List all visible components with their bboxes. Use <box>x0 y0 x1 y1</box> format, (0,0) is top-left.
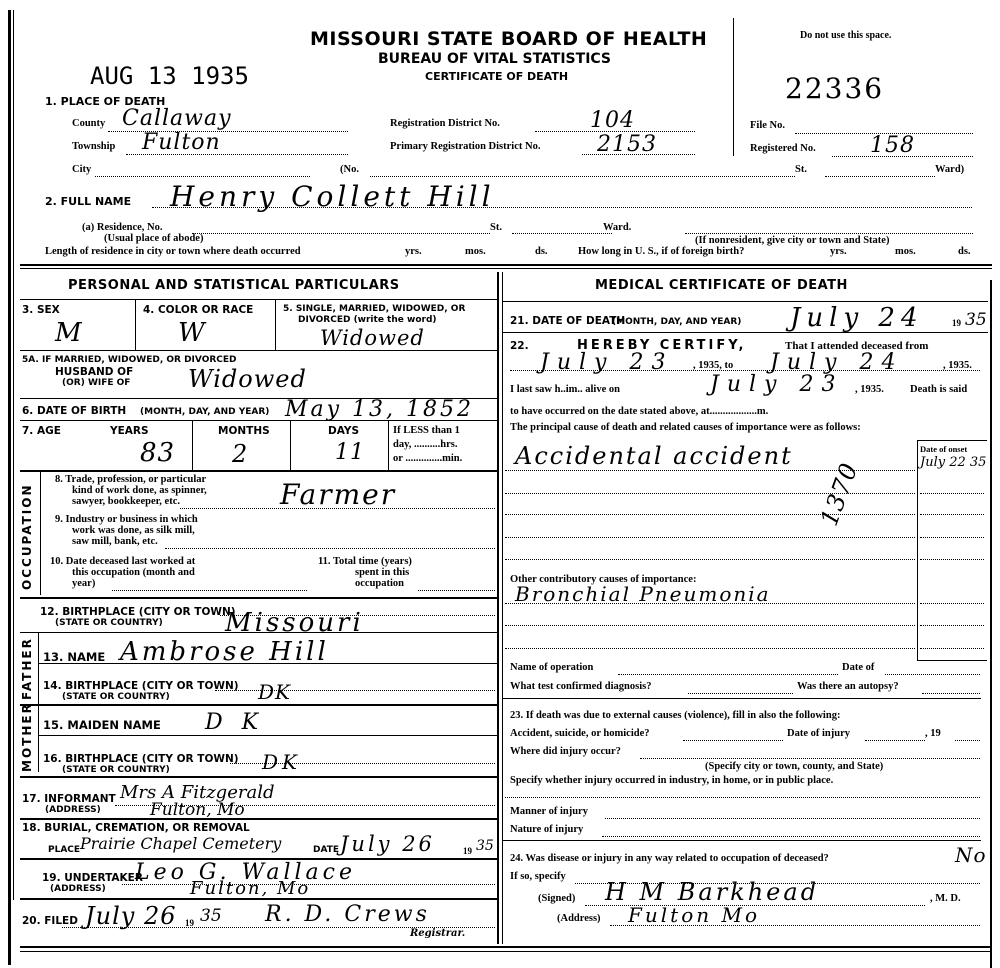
industry-line <box>165 548 495 549</box>
mother-side-label: MOTHER <box>20 702 34 772</box>
row-rule-3 <box>20 420 498 421</box>
occupation-side-divider <box>40 470 41 595</box>
residence-st-label: St. <box>490 222 502 233</box>
reg-district-label: Registration District No. <box>390 118 500 129</box>
onset-column-top <box>917 440 987 441</box>
primary-reg-label: Primary Registration District No. <box>390 141 540 152</box>
injury-date-label: Date of injury <box>787 728 850 739</box>
mother-birthplace-label: 16. BIRTHPLACE (CITY OR TOWN) <box>43 753 239 765</box>
registrar-label: Registrar. <box>410 928 465 939</box>
filed-date-value: July 26 <box>85 902 176 930</box>
age-label: 7. AGE <box>22 425 61 437</box>
dod-sub-label: (MONTH, DAY, AND YEAR) <box>612 317 741 327</box>
form-title: MISSOURI STATE BOARD OF HEALTH <box>310 28 707 50</box>
form-name: CERTIFICATE OF DEATH <box>425 70 568 83</box>
physician-address-value: Fulton Mo <box>628 903 760 927</box>
footer-rule <box>20 946 990 948</box>
birthplace-sub-label: (STATE OR COUNTRY) <box>55 618 163 628</box>
full-name-value: Henry Collett Hill <box>170 180 495 213</box>
years-label: YEARS <box>110 425 149 437</box>
external-causes-label: 23. If death was due to external causes … <box>510 710 840 721</box>
onset-line-4 <box>920 559 984 560</box>
total-time-label-3: occupation <box>355 578 404 589</box>
row-rule-8 <box>20 704 498 706</box>
onset-column-bottom <box>917 660 987 661</box>
undertaker-address-value: Fulton, Mo <box>190 878 310 899</box>
operation-date-line <box>885 674 980 675</box>
reg-district-value: 104 <box>590 108 635 133</box>
principal-cause-value: Accidental accident <box>515 442 793 470</box>
where-injury-line <box>640 758 980 759</box>
cause-line-5 <box>505 559 915 560</box>
marital-value: Widowed <box>320 326 425 350</box>
foreign-ds-label: ds. <box>958 246 971 257</box>
sex-divider <box>135 300 136 350</box>
street-st-label: St. <box>795 164 807 175</box>
burial-place-label: PLACE <box>48 845 80 855</box>
residence-label: (a) Residence, No. <box>82 222 162 233</box>
industry-label-1: 9. Industry or business in which <box>55 514 198 525</box>
residence-ward-label: Ward. <box>603 222 631 233</box>
sex-label: 3. SEX <box>22 304 60 316</box>
days-divider <box>388 420 389 470</box>
row-rule-5 <box>20 597 498 599</box>
burial-year-value: 35 <box>476 838 494 854</box>
left-border <box>8 10 11 965</box>
foreign-yrs-label: yrs. <box>830 246 847 257</box>
length-mos-label: mos. <box>465 246 486 257</box>
occupational-label: 24. Was disease or injury in any way rel… <box>510 853 829 864</box>
header-divider <box>733 18 734 156</box>
years-divider <box>192 420 193 470</box>
mother-birthplace-sub: (STATE OR COUNTRY) <box>62 765 170 775</box>
specify-where-label: Specify whether injury occurred in indus… <box>510 775 833 786</box>
spouse-label-3: (OR) WIFE OF <box>62 378 130 388</box>
cause-line-7 <box>505 625 915 626</box>
length-ds-label: ds. <box>535 246 548 257</box>
months-label: MONTHS <box>218 425 270 437</box>
center-divider <box>497 272 499 944</box>
occurred-label: to have occurred on the date stated abov… <box>510 406 768 417</box>
marital-label-2: DIVORCED (write the word) <box>298 315 437 325</box>
burial-date-label: DATE <box>313 845 339 855</box>
months-value: 2 <box>232 440 248 468</box>
row-rule-9 <box>38 735 498 736</box>
dod-label: 21. DATE OF DEATH <box>510 315 625 327</box>
county-value: Callaway <box>122 106 232 131</box>
certify-number: 22. <box>510 340 529 352</box>
where-injury-label: Where did injury occur? <box>510 746 621 757</box>
accident-line <box>683 740 783 741</box>
injury-year-prefix: , 19 <box>925 728 941 739</box>
city-line <box>95 176 310 177</box>
personal-heading-rule <box>20 299 498 300</box>
last-saw-year: , 1935. <box>855 384 884 395</box>
principal-cause-label: The principal cause of death and related… <box>510 422 861 433</box>
length-residence-label: Length of residence in city or town wher… <box>45 246 301 257</box>
manner-injury-label: Manner of injury <box>510 806 588 817</box>
death-said-label: Death is said <box>910 384 967 395</box>
medical-rule-3 <box>503 840 981 841</box>
manner-injury-line <box>605 818 980 819</box>
mother-maiden-value: D K <box>205 710 264 735</box>
cause-line-8 <box>505 648 915 649</box>
mother-birthplace-value: DK <box>262 750 301 774</box>
burial-date-value: July 26 <box>340 832 435 856</box>
injury-year-line <box>955 740 980 741</box>
do-not-use-note: Do not use this space. <box>800 30 891 41</box>
last-saw-value: July 23 <box>710 372 843 397</box>
informant-label: 17. INFORMANT <box>22 793 116 805</box>
physician-address-label: (Address) <box>557 913 601 924</box>
industry-label-3: saw mill, bank, etc. <box>72 536 158 547</box>
father-birthplace-line <box>215 690 495 691</box>
township-label: Township <box>72 141 115 152</box>
total-time-label-2: spent in this <box>355 567 409 578</box>
row-rule-10 <box>20 776 498 778</box>
footer-rule-2 <box>20 951 990 952</box>
birthplace-value: Missouri <box>225 608 364 638</box>
spouse-label-2: HUSBAND OF <box>55 366 133 378</box>
dod-year-value: 35 <box>965 310 987 330</box>
father-birthplace-sub: (STATE OR COUNTRY) <box>62 692 170 702</box>
onset-value: July 22 35 <box>920 455 986 470</box>
row-rule-4 <box>20 470 498 472</box>
file-no-label: File No. <box>750 120 785 131</box>
burial-place-value: Prairie Chapel Cemetery <box>80 834 281 853</box>
center-divider-2 <box>502 272 503 944</box>
test-line <box>688 693 793 694</box>
street-line <box>370 176 795 177</box>
autopsy-line <box>922 693 980 694</box>
total-time-label-1: 11. Total time (years) <box>318 556 412 567</box>
contributory-value: Bronchial Pneumonia <box>515 582 771 606</box>
occupational-value: No <box>955 843 987 867</box>
onset-line-2 <box>920 514 984 515</box>
days-label: DAYS <box>328 425 359 437</box>
total-time-line <box>418 590 495 591</box>
trade-value: Farmer <box>280 478 396 511</box>
dob-label: 6. DATE OF BIRTH <box>22 405 126 417</box>
occupation-side-label: OCCUPATION <box>20 483 34 590</box>
personal-heading: PERSONAL AND STATISTICAL PARTICULARS <box>68 278 400 293</box>
months-divider <box>290 420 291 470</box>
onset-line-1 <box>920 493 984 494</box>
row-rule-11 <box>20 818 498 820</box>
county-label: County <box>72 118 105 129</box>
last-worked-label-3: year) <box>72 578 95 589</box>
registered-no-value: 158 <box>870 133 915 158</box>
row-rule-1 <box>20 350 498 351</box>
onset-line-3 <box>920 537 984 538</box>
informant-address-value: Fulton, Mo <box>150 800 245 820</box>
years-value: 83 <box>140 438 175 468</box>
spouse-label: 5A. IF MARRIED, WIDOWED, OR DIVORCED <box>22 355 237 365</box>
father-birthplace-label: 14. BIRTHPLACE (CITY OR TOWN) <box>43 680 239 692</box>
burial-label: 18. BURIAL, CREMATION, OR REMOVAL <box>22 822 250 834</box>
attended-year-1: , 1935, to <box>693 360 733 371</box>
last-worked-label-1: 10. Date deceased last worked at <box>50 556 195 567</box>
city-label: City <box>72 164 91 175</box>
spouse-value: Widowed <box>188 365 307 393</box>
registrar-signature: R. D. Crews <box>265 902 430 927</box>
less-than-label: If LESS than 1 <box>393 425 460 436</box>
length-yrs-label: yrs. <box>405 246 422 257</box>
nature-injury-label: Nature of injury <box>510 824 583 835</box>
injury-date-line <box>865 740 925 741</box>
last-worked-label-2: this occupation (month and <box>72 567 195 578</box>
birthplace-label: 12. BIRTHPLACE (CITY OR TOWN) <box>40 606 236 618</box>
specify-location-note: (Specify city or town, county, and State… <box>705 761 883 772</box>
left-border-inner <box>13 10 14 900</box>
undertaker-label: 19. UNDERTAKER <box>42 872 143 884</box>
days-value: 11 <box>335 440 365 465</box>
dob-sub-label: (MONTH, DAY, AND YEAR) <box>140 407 269 417</box>
last-saw-label: I last saw h..im.. alive on <box>510 384 620 395</box>
industry-label-2: work was done, as silk mill, <box>72 525 195 536</box>
dod-value: July 24 <box>790 303 924 333</box>
father-birthplace-value: DK <box>258 680 291 704</box>
trade-label-3: sawyer, bookkeeper, etc. <box>72 496 180 507</box>
nature-injury-line <box>602 836 980 837</box>
onset-column-left <box>917 440 918 660</box>
informant-address-label: (ADDRESS) <box>45 805 101 815</box>
last-worked-line <box>112 590 307 591</box>
row-rule-6 <box>20 632 498 633</box>
dod-year-prefix: 19 <box>952 318 961 328</box>
ward-line <box>825 176 935 177</box>
mother-maiden-label: 15. MAIDEN NAME <box>43 718 161 732</box>
accident-label: Accident, suicide, or homicide? <box>510 728 650 739</box>
burial-year-prefix: 19 <box>463 846 472 856</box>
undertaker-address-label: (ADDRESS) <box>50 884 106 894</box>
residence-sub-label: (Usual place of abode) <box>104 233 203 244</box>
medical-rule-2 <box>503 698 981 699</box>
attended-year-2: , 1935. <box>943 360 972 371</box>
physician-signature: H M Barkhead <box>605 878 819 906</box>
min-label: or ..............min. <box>393 453 462 464</box>
test-label: What test confirmed diagnosis? <box>510 681 651 692</box>
father-side-label: FATHER <box>20 637 34 700</box>
nonresident-note: (If nonresident, give city or town and S… <box>695 235 889 246</box>
registered-no-label: Registered No. <box>750 143 816 154</box>
filed-label: 20. FILED <box>22 915 78 927</box>
attended-from-value: July 23 <box>540 350 673 375</box>
cause-line-3 <box>505 514 915 515</box>
row-rule-13 <box>20 898 498 900</box>
onset-label: Date of onset <box>920 444 967 454</box>
operation-line <box>618 674 838 675</box>
medical-heading-rule <box>503 301 988 302</box>
onset-line-5 <box>920 603 984 604</box>
residence-line <box>192 233 490 234</box>
onset-line-6 <box>920 625 984 626</box>
street-no-label: (No. <box>340 164 359 175</box>
medical-heading: MEDICAL CERTIFICATE OF DEATH <box>595 278 848 293</box>
primary-reg-value: 2153 <box>597 132 657 157</box>
trade-label-1: 8. Trade, profession, or particular <box>55 474 206 485</box>
marital-label: 5. SINGLE, MARRIED, WIDOWED, OR <box>283 304 465 314</box>
cause-line-4 <box>505 537 915 538</box>
operation-label: Name of operation <box>510 662 593 673</box>
trade-label-2: kind of work done, as spinner, <box>72 485 207 496</box>
father-side-divider <box>38 632 39 772</box>
foreign-birth-label: How long in U. S., if of foreign birth? <box>578 246 744 257</box>
medical-rule-1 <box>503 332 988 333</box>
filed-year-value: 35 <box>200 906 222 926</box>
township-value: Fulton <box>142 130 221 155</box>
autopsy-label: Was there an autopsy? <box>797 681 899 692</box>
header-bottom-rule-2 <box>20 268 992 269</box>
signed-label: (Signed) <box>538 893 575 904</box>
hrs-label: day, ..........hrs. <box>393 439 457 450</box>
operation-date-label: Date of <box>842 662 874 673</box>
specify-where-line <box>505 797 980 798</box>
father-name-label: 13. NAME <box>43 650 105 664</box>
header-bottom-rule <box>20 264 992 266</box>
race-value: W <box>178 318 206 348</box>
race-label: 4. COLOR OR RACE <box>143 304 253 316</box>
race-divider <box>275 300 276 350</box>
nonresident-line <box>685 233 973 234</box>
ward-label: Ward) <box>935 164 964 175</box>
onset-line-7 <box>920 648 984 649</box>
certificate-number: 22336 <box>785 72 884 105</box>
sex-value: M <box>55 318 83 348</box>
if-so-specify-label: If so, specify <box>510 871 566 882</box>
right-border <box>990 280 992 968</box>
row-rule-7 <box>38 663 498 664</box>
received-date-stamp: AUG 13 1935 <box>90 62 249 90</box>
dob-value: May 13, 1852 <box>285 397 474 422</box>
full-name-label: 2. FULL NAME <box>45 195 131 208</box>
foreign-mos-label: mos. <box>895 246 916 257</box>
md-label: , M. D. <box>930 893 961 904</box>
residence-ward-line <box>512 233 612 234</box>
form-subtitle: BUREAU OF VITAL STATISTICS <box>378 51 611 67</box>
